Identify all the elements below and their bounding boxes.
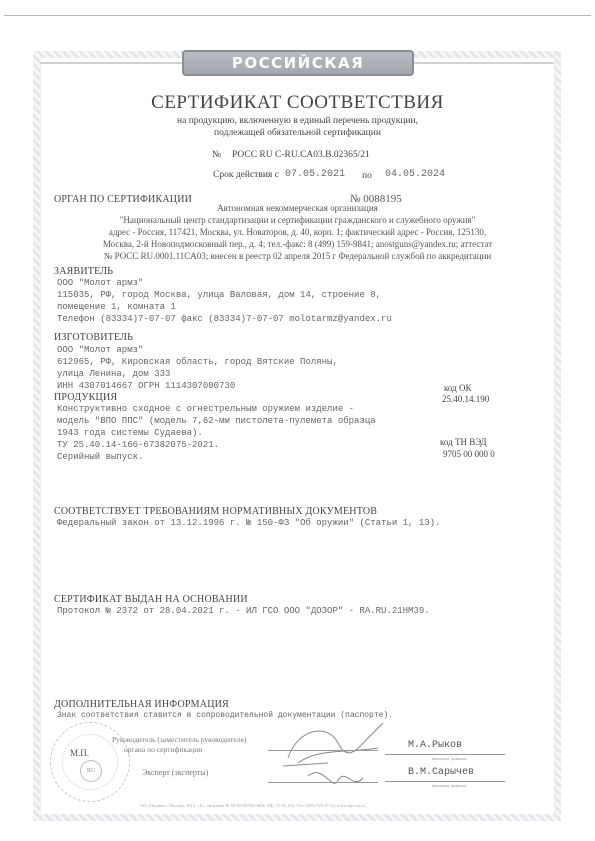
basis-text: Протокол № 2372 от 28.04.2021 г. - ИЛ ГС… xyxy=(57,606,430,616)
expert-role: Эксперт (эксперты) xyxy=(142,768,208,777)
certificate-page: РОССИЙСКАЯ ФЕДЕРАЦИЯ СЕРТИФИКАТ СООТВЕТС… xyxy=(0,0,595,841)
organ-line-5: № РОСС RU.0001.11CA03; внесен в реестр 0… xyxy=(40,251,555,261)
ok-code-label: код ОК xyxy=(444,383,472,393)
document-title: СЕРТИФИКАТ СООТВЕТСТВИЯ xyxy=(0,92,595,114)
organ-line-1: Автономная некоммерческая организация xyxy=(40,203,555,213)
applicant-line: помещение 1, комната 1 xyxy=(57,302,176,312)
head-role-line-1: Руководитель (заместитель руководителя) xyxy=(112,735,246,744)
country-banner: РОССИЙСКАЯ ФЕДЕРАЦИЯ xyxy=(182,50,414,76)
manufacturer-line: 612965, РФ, Кировская область, город Вят… xyxy=(57,357,338,367)
cert-number-label: № xyxy=(212,150,221,160)
subtitle-line-2: подлежащей обязательной сертификации xyxy=(0,128,595,138)
conformity-heading: СООТВЕТСТВУЕТ ТРЕБОВАНИЯМ НОРМАТИВНЫХ ДО… xyxy=(54,506,377,517)
scan-edge-line xyxy=(4,15,591,16)
head-name-line xyxy=(385,754,505,755)
banner-rule-left xyxy=(40,62,182,64)
expert-name-caption: инициалы, фамилия xyxy=(432,783,466,788)
applicant-heading: ЗАЯВИТЕЛЬ xyxy=(54,266,113,277)
product-line: модель "ВПО ППС" (модель 7,62-мм пистоле… xyxy=(57,416,376,426)
product-line: Серийный выпуск. xyxy=(57,452,143,462)
head-signature-line xyxy=(268,750,378,751)
applicant-line: ООО "Молот армз" xyxy=(57,278,143,288)
organ-line-4: Москва, 2-й Новоподмосковный пер., д. 4;… xyxy=(40,239,555,249)
valid-from: 07.05.2021 xyxy=(285,169,345,180)
validity-label: Срок действия с xyxy=(213,170,279,180)
seal-logo-icon: RG xyxy=(80,760,102,782)
expert-signature-line xyxy=(268,782,378,783)
banner-rule-right xyxy=(414,62,554,64)
applicant-line: Телефон (83334)7-07-07 факс (83334)7-07-… xyxy=(57,314,392,324)
valid-to: 04.05.2024 xyxy=(385,169,445,180)
manufacturer-line: улица Ленина, дом 333 xyxy=(57,369,170,379)
printer-footer: АО «Опцион», Москва, 2015, «Б», лицензия… xyxy=(140,803,365,808)
manufacturer-line: ООО "Молот армз" xyxy=(57,345,143,355)
tnved-code: 9705 00 000 0 xyxy=(443,449,495,459)
manufacturer-heading: ИЗГОТОВИТЕЛЬ xyxy=(54,332,133,343)
cert-number: РОСС RU C-RU.CA03.B.02365/21 xyxy=(232,150,370,160)
tnved-label: код ТН ВЭД xyxy=(440,437,487,447)
head-role-line-2: органа по сертификации xyxy=(124,745,202,754)
subtitle-line-1: на продукцию, включенную в единый перече… xyxy=(0,116,595,126)
organ-line-2: "Национальный центр стандартизации и сер… xyxy=(40,215,555,225)
basis-heading: СЕРТИФИКАТ ВЫДАН НА ОСНОВАНИИ xyxy=(54,594,248,605)
product-line: Конструктивно сходное с огнестрельным ор… xyxy=(57,404,354,414)
head-name: М.А.Рыков xyxy=(408,740,462,751)
organ-line-3: адрес - Россия, 117421, Москва, ул. Нова… xyxy=(40,227,555,237)
applicant-line: 115035, РФ, город Москва, улица Валовая,… xyxy=(57,290,381,300)
product-line: ТУ 25.40.14-166-67382075-2021. xyxy=(57,440,219,450)
product-line: 1943 года системы Судаева). xyxy=(57,428,203,438)
signature-scribbles xyxy=(268,718,403,798)
conformity-text: Федеральный закон от 13.12.1996 г. № 150… xyxy=(57,518,440,528)
additional-heading: ДОПОЛНИТЕЛЬНАЯ ИНФОРМАЦИЯ xyxy=(54,699,229,710)
expert-name-line xyxy=(385,781,505,782)
valid-to-label: по xyxy=(362,171,372,181)
expert-name: В.М.Сарычев xyxy=(408,767,474,778)
ok-code: 25.40.14.190 xyxy=(442,394,489,404)
product-heading: ПРОДУКЦИЯ xyxy=(54,392,117,403)
stamp-label: М.П. xyxy=(70,748,89,758)
manufacturer-line: ИНН 4307014667 ОГРН 1114307000730 xyxy=(57,381,235,391)
head-name-caption: инициалы, фамилия xyxy=(432,756,466,761)
